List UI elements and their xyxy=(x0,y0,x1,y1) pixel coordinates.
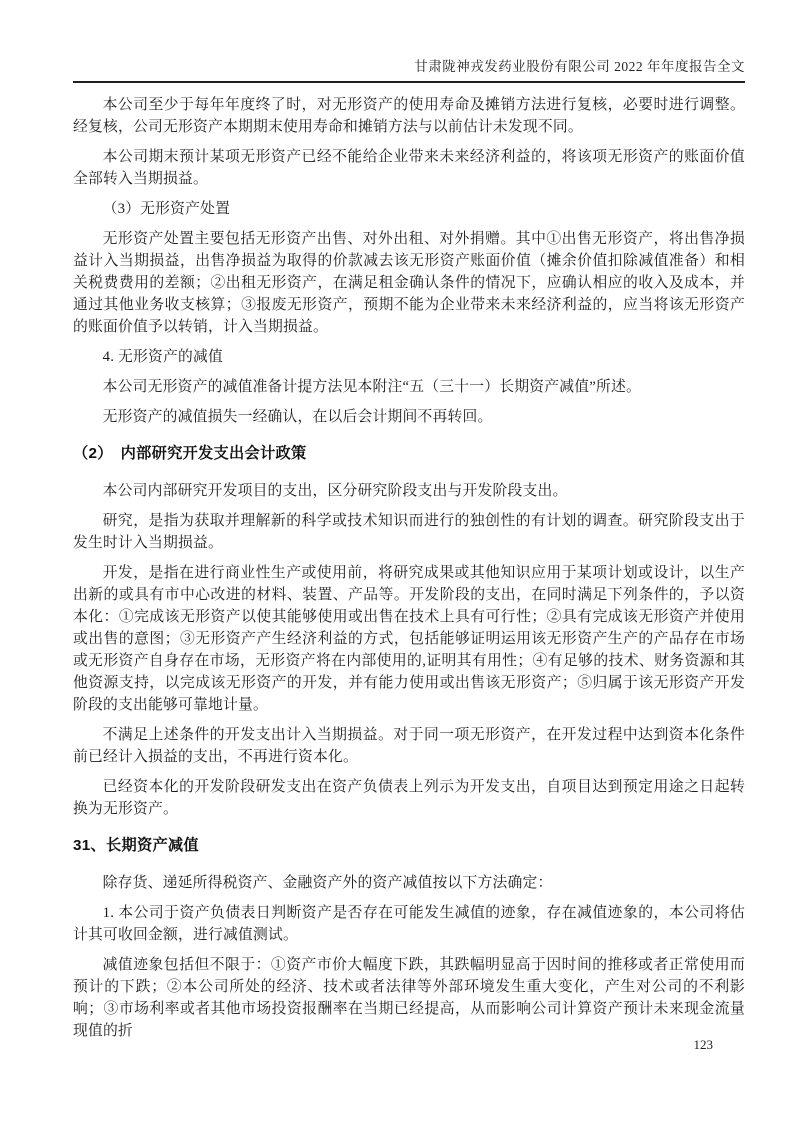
subclause-intangible-impairment: 4. 无形资产的减值 xyxy=(73,346,745,368)
paragraph-impairment-no-reversal: 无形资产的减值损失一经确认，在以后会计期间不再转回。 xyxy=(73,406,745,428)
paragraph-development-definition: 开发，是指在进行商业性生产或使用前，将研究成果或其他知识应用于某项计划或设计，以… xyxy=(73,562,745,716)
paragraph-non-qualifying-dev-cost: 不满足上述条件的开发支出计入当期损益。对于同一项无形资产，在开发过程中达到资本化… xyxy=(73,724,745,768)
page-number: 123 xyxy=(694,1037,714,1053)
paragraph-impairment-indicators: 减值迹象包括但不限于：①资产市价大幅度下跌，其跌幅明显高于因时间的推移或者正常使… xyxy=(73,954,745,1042)
subclause-intangible-disposal: （3）无形资产处置 xyxy=(73,198,745,220)
paragraph-useful-life-review: 本公司至少于每年年度终了时，对无形资产的使用寿命及摊销方法进行复核，必要时进行调… xyxy=(73,94,745,138)
paragraph-disposal-detail: 无形资产处置主要包括无形资产出售、对外出租、对外捐赠。其中①出售无形资产，将出售… xyxy=(73,228,745,338)
paragraph-impairment-scope: 除存货、递延所得税资产、金融资产外的资产减值按以下方法确定： xyxy=(73,872,745,894)
paragraph-impairment-method-ref: 本公司无形资产的减值准备计提方法见本附注“五（三十一）长期资产减值”所述。 xyxy=(73,376,745,398)
section-heading-internal-rd-policy: （2） 内部研究开发支出会计政策 xyxy=(73,443,745,465)
document-body: 本公司至少于每年年度终了时，对无形资产的使用寿命及摊销方法进行复核，必要时进行调… xyxy=(73,83,745,1042)
report-page: 甘肃陇神戎发药业股份有限公司 2022 年年度报告全文 本公司至少于每年年度终了… xyxy=(0,0,793,1122)
header-title: 甘肃陇神戎发药业股份有限公司 2022 年年度报告全文 xyxy=(414,59,745,74)
page-content-area: 甘肃陇神戎发药业股份有限公司 2022 年年度报告全文 本公司至少于每年年度终了… xyxy=(0,0,793,1042)
paragraph-research-definition: 研究，是指为获取并理解新的科学或技术知识而进行的独创性的有计划的调查。研究阶段支… xyxy=(73,510,745,554)
page-header: 甘肃陇神戎发药业股份有限公司 2022 年年度报告全文 xyxy=(73,0,745,83)
paragraph-capitalized-dev-cost: 已经资本化的开发阶段研发支出在资产负债表上列示为开发支出，自项目达到预定用途之日… xyxy=(73,776,745,820)
paragraph-balance-sheet-date-test: 1. 本公司于资产负债表日判断资产是否存在可能发生减值的迹象，存在减值迹象的，本… xyxy=(73,902,745,946)
paragraph-carrying-amount-transfer: 本公司期末预计某项无形资产已经不能给企业带来未来经济利益的，将该项无形资产的账面… xyxy=(73,146,745,190)
section-heading-long-term-asset-impairment: 31、长期资产减值 xyxy=(73,835,745,857)
paragraph-rd-expenditure-split: 本公司内部研究开发项目的支出，区分研究阶段支出与开发阶段支出。 xyxy=(73,480,745,502)
